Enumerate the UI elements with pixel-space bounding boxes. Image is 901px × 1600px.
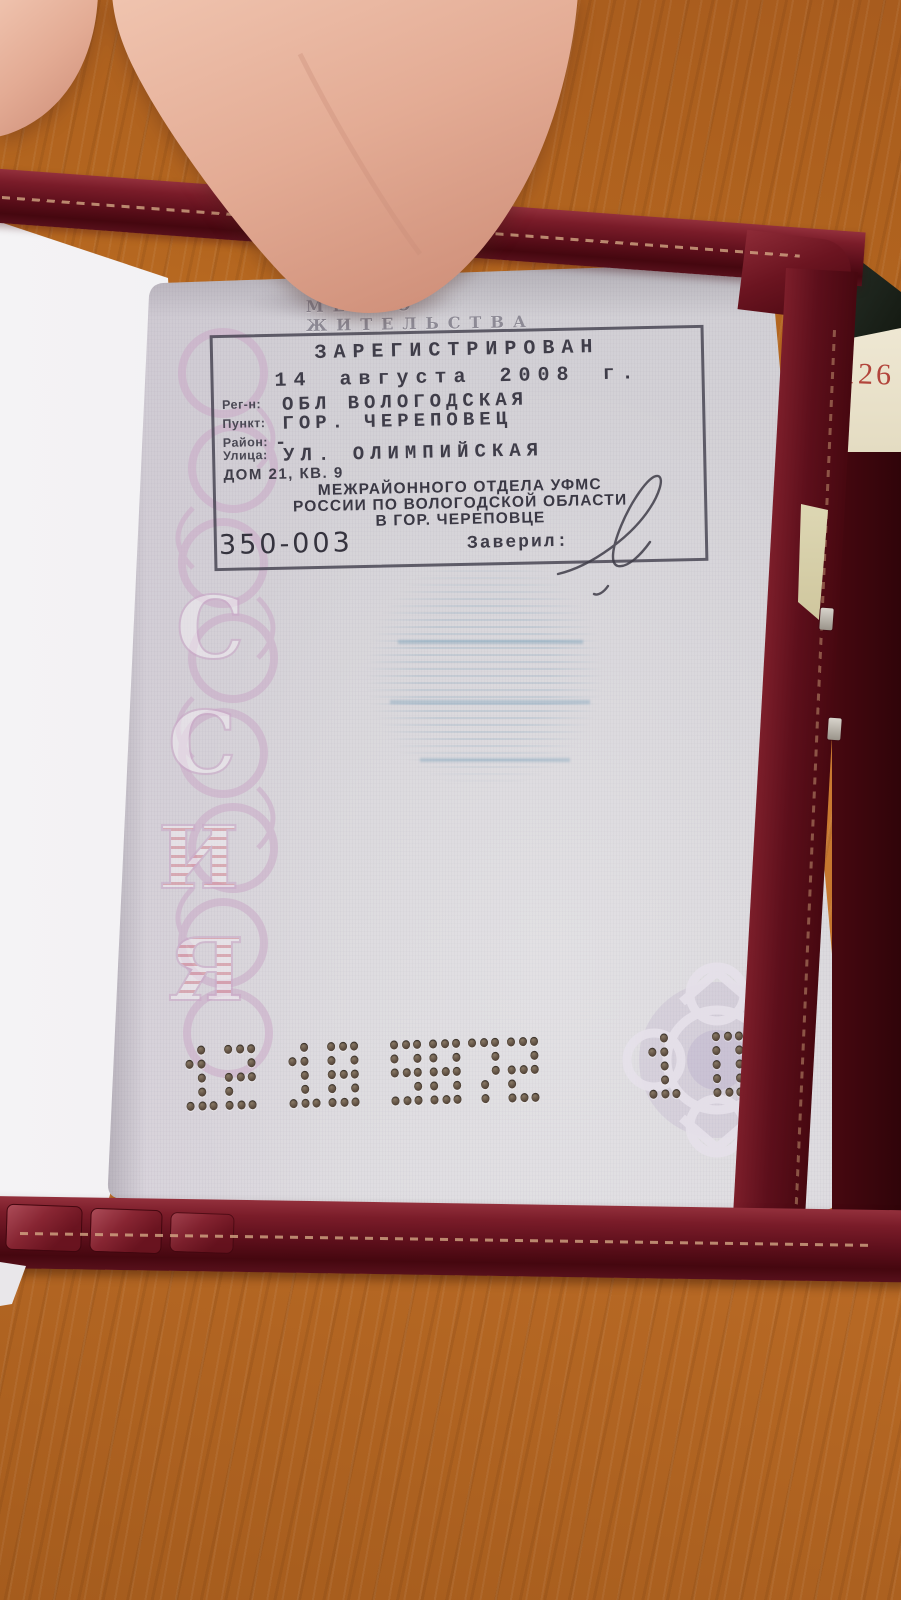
- booklet-staple: [827, 718, 842, 741]
- photo-passport-on-desk: 126 С С И: [0, 0, 901, 1600]
- cover-croc-texture: [5, 1204, 83, 1253]
- cover-right-shadow: [832, 452, 901, 1272]
- booklet-staple: [819, 608, 834, 631]
- cover-croc-texture: [169, 1212, 234, 1254]
- cover-croc-texture: [89, 1208, 162, 1254]
- thumb: [112, 0, 578, 313]
- index-finger: [0, 0, 98, 137]
- hand: [0, 0, 700, 334]
